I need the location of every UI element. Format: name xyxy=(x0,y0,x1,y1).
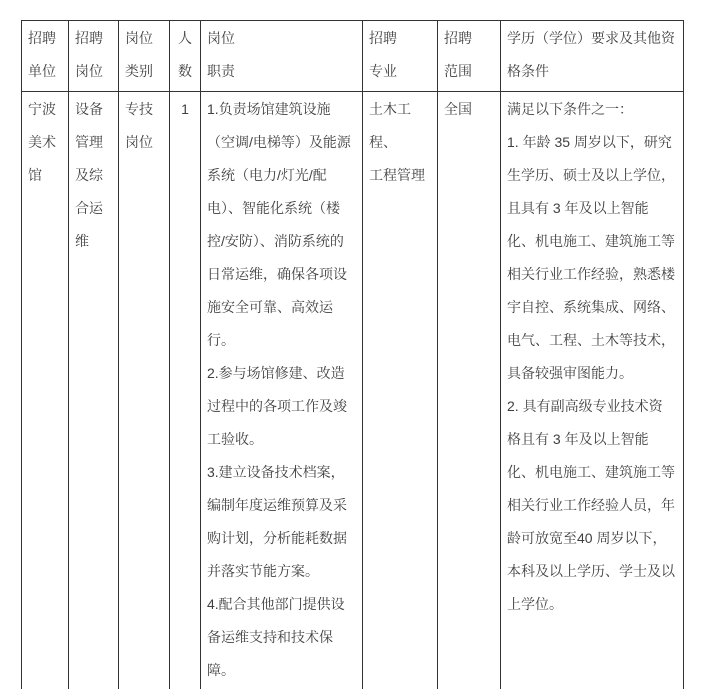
recruitment-table: 招聘 单位 招聘 岗位 岗位 类别 人 数 岗位 职责 招聘 专业 招聘 范围 … xyxy=(21,20,684,689)
cell-major: 土木工 程、 工程管理 xyxy=(363,92,438,689)
cell-position: 设备 管理 及综 合运 维 xyxy=(69,92,119,689)
header-recruiting-unit: 招聘 单位 xyxy=(22,21,69,92)
cell-recruiting-unit: 宁波 美术 馆 xyxy=(22,92,69,689)
cell-headcount: 1 xyxy=(170,92,201,689)
table-row: 宁波 美术 馆 设备 管理 及综 合运 维 专技 岗位 1 1.负责场馆建筑设施… xyxy=(22,92,684,689)
header-major: 招聘 专业 xyxy=(363,21,438,92)
header-scope: 招聘 范围 xyxy=(438,21,501,92)
header-duties: 岗位 职责 xyxy=(201,21,363,92)
table-header-row: 招聘 单位 招聘 岗位 岗位 类别 人 数 岗位 职责 招聘 专业 招聘 范围 … xyxy=(22,21,684,92)
cell-scope: 全国 xyxy=(438,92,501,689)
cell-duties: 1.负责场馆建筑设施 （空调/电梯等）及能源 系统（电力/灯光/配 电）、智能化… xyxy=(201,92,363,689)
header-headcount: 人 数 xyxy=(170,21,201,92)
header-position-category: 岗位 类别 xyxy=(119,21,170,92)
header-qualifications: 学历（学位）要求及其他资 格条件 xyxy=(501,21,684,92)
recruitment-notice-page: 招聘 单位 招聘 岗位 岗位 类别 人 数 岗位 职责 招聘 专业 招聘 范围 … xyxy=(0,0,710,689)
cell-position-category: 专技 岗位 xyxy=(119,92,170,689)
header-position: 招聘 岗位 xyxy=(69,21,119,92)
cell-qualifications: 满足以下条件之一： 1. 年龄 35 周岁以下，研究 生学历、硕士及以上学位， … xyxy=(501,92,684,689)
